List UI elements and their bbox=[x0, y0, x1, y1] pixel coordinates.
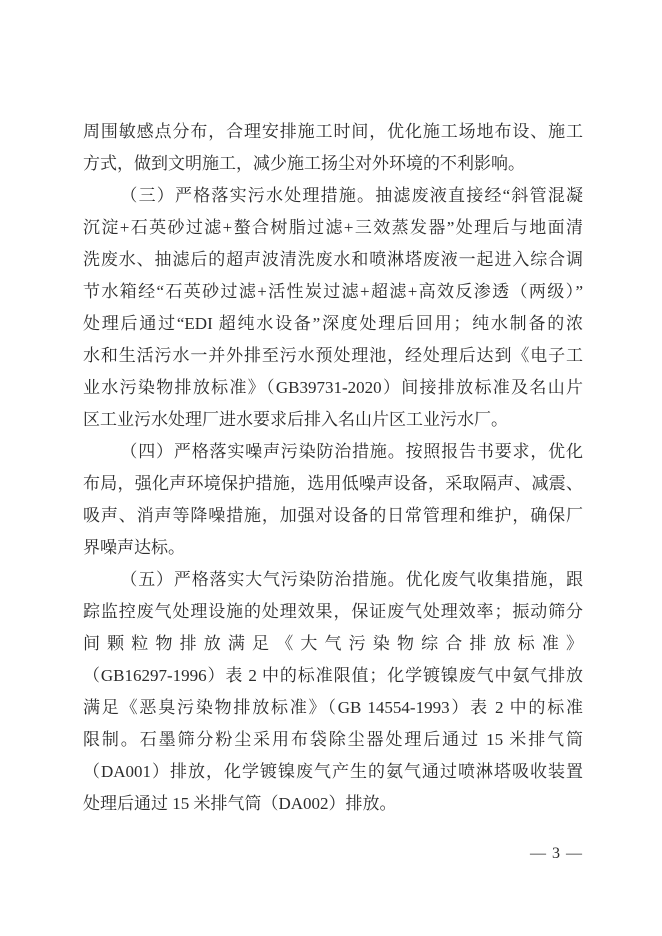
text-line: （GB16297-1996）表 2 中的标准限值；化学镀镍废气中氨气排放 bbox=[83, 660, 583, 692]
text-line: 间颗粒物排放满足《大气污染物综合排放标准》 bbox=[83, 628, 583, 660]
text-line: 洗废水、抽滤后的超声波清洗废水和喷淋塔废液一起进入综合调 bbox=[83, 244, 583, 276]
text-line: 业水污染物排放标准》（GB39731-2020）间接排放标准及名山片 bbox=[83, 372, 583, 404]
text-line: 吸声、消声等降噪措施，加强对设备的日常管理和维护，确保厂 bbox=[83, 500, 583, 532]
text-line: 周围敏感点分布，合理安排施工时间，优化施工场地布设、施工 bbox=[83, 116, 583, 148]
text-line: 满足《恶臭污染物排放标准》（GB 14554-1993）表 2 中的标准 bbox=[83, 692, 583, 724]
text-line: 布局，强化声环境保护措施，选用低噪声设备，采取隔声、减震、 bbox=[83, 468, 583, 500]
text-line: 水和生活污水一并外排至污水预处理池，经处理后达到《电子工 bbox=[83, 340, 583, 372]
text-line: 踪监控废气处理设施的处理效果，保证废气处理效率；振动筛分 bbox=[83, 596, 583, 628]
document-page: 周围敏感点分布，合理安排施工时间，优化施工场地布设、施工 方式，做到文明施工，减… bbox=[0, 0, 662, 936]
page-number: — 3 — bbox=[83, 845, 583, 863]
text-line: 处理后通过“EDI 超纯水设备”深度处理后回用；纯水制备的浓 bbox=[83, 308, 583, 340]
text-line: （三）严格落实污水处理措施。抽滤废液直接经“斜管混凝 bbox=[83, 180, 583, 212]
text-line: 区工业污水处理厂进水要求后排入名山片区工业污水厂。 bbox=[83, 404, 583, 436]
text-line: 沉淀+石英砂过滤+螯合树脂过滤+三效蒸发器”处理后与地面清 bbox=[83, 212, 583, 244]
text-line: （五）严格落实大气污染防治措施。优化废气收集措施，跟 bbox=[83, 564, 583, 596]
text-line: 处理后通过 15 米排气筒（DA002）排放。 bbox=[83, 788, 583, 820]
text-line: 方式，做到文明施工，减少施工扬尘对外环境的不利影响。 bbox=[83, 148, 583, 180]
text-line: 限制。石墨筛分粉尘采用布袋除尘器处理后通过 15 米排气筒 bbox=[83, 724, 583, 756]
text-line: 界噪声达标。 bbox=[83, 532, 583, 564]
document-body: 周围敏感点分布，合理安排施工时间，优化施工场地布设、施工 方式，做到文明施工，减… bbox=[83, 116, 583, 820]
text-line: 节水箱经“石英砂过滤+活性炭过滤+超滤+高效反渗透（两级）” bbox=[83, 276, 583, 308]
text-line: （四）严格落实噪声污染防治措施。按照报告书要求，优化 bbox=[83, 436, 583, 468]
text-line: （DA001）排放，化学镀镍废气产生的氨气通过喷淋塔吸收装置 bbox=[83, 756, 583, 788]
